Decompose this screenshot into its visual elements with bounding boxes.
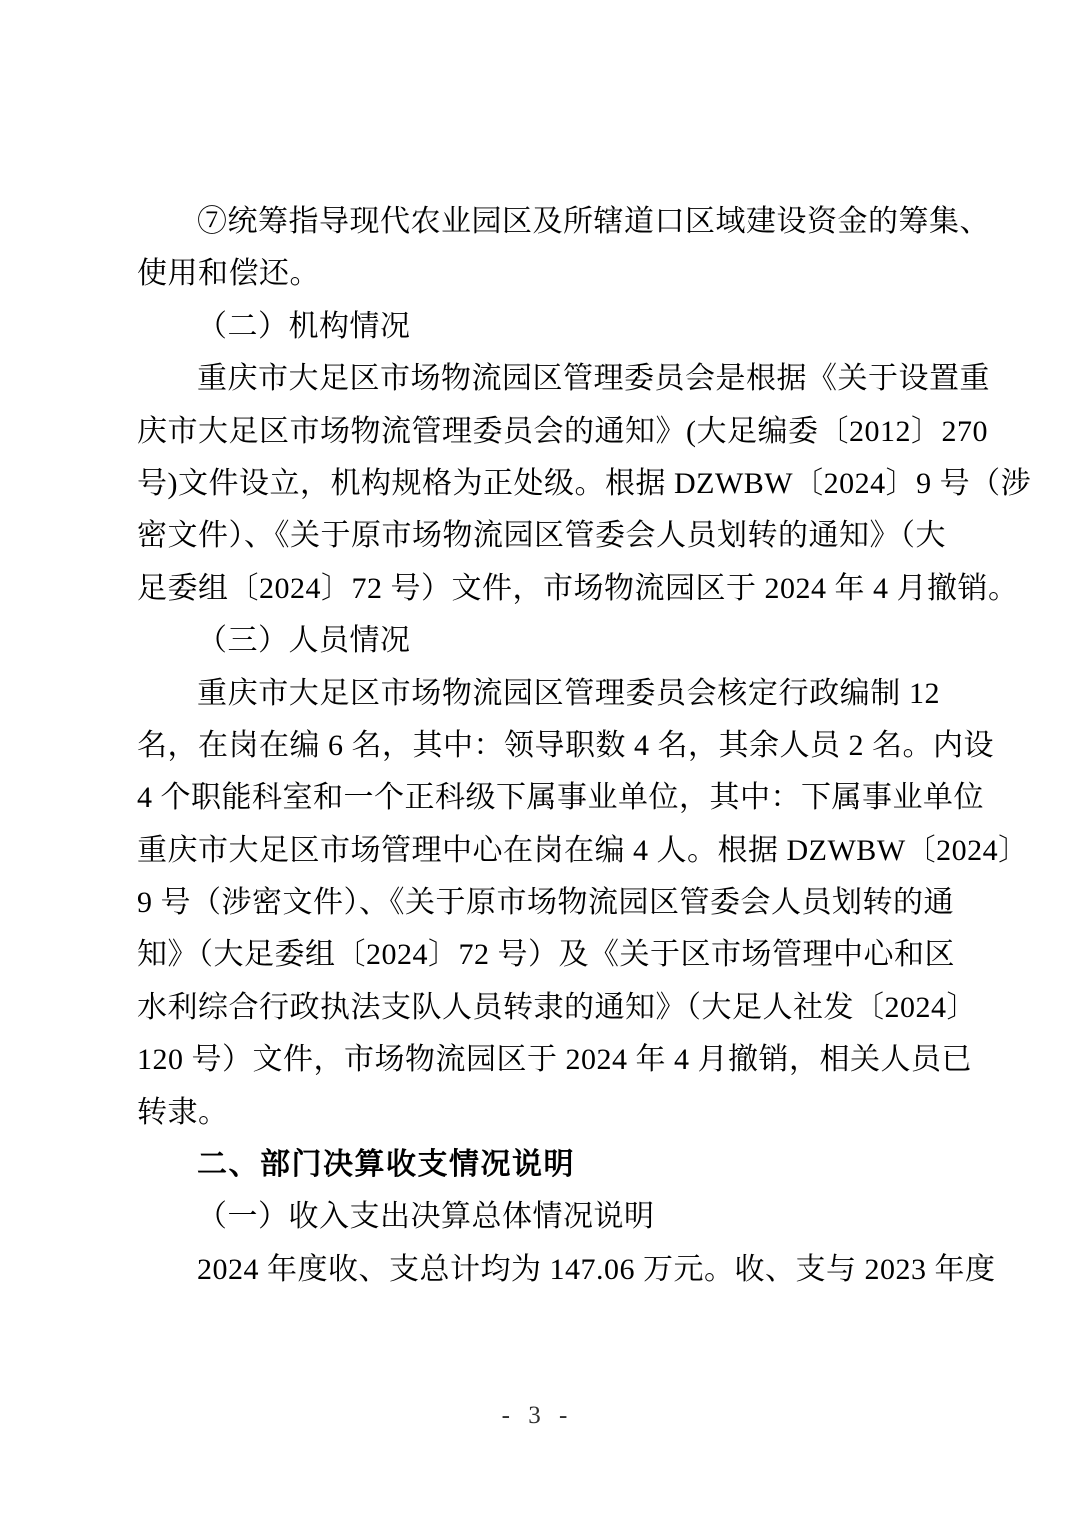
document-line: 水利综合行政执法支队人员转隶的通知》（大足人社发〔2024〕: [137, 982, 940, 1034]
document-line: 足委组〔2024〕72 号）文件，市场物流园区于 2024 年 4 月撤销。: [137, 563, 940, 615]
document-line: ⑦统筹指导现代农业园区及所辖道口区域建设资金的筹集、: [137, 196, 940, 248]
document-line: 庆市大足区市场物流管理委员会的通知》(大足编委〔2012〕270: [137, 406, 940, 458]
document-body: ⑦统筹指导现代农业园区及所辖道口区域建设资金的筹集、 使用和偿还。 （二）机构情…: [137, 196, 940, 1296]
document-line: 知》（大足委组〔2024〕72 号）及《关于区市场管理中心和区: [137, 929, 940, 981]
document-line: 4 个职能科室和一个正科级下属事业单位，其中：下属事业单位: [137, 772, 940, 824]
section-heading-org: （二）机构情况: [137, 301, 940, 353]
document-line: 使用和偿还。: [137, 248, 940, 300]
chapter-heading-budget: 二、部门决算收支情况说明: [137, 1139, 940, 1191]
document-line: 号)文件设立，机构规格为正处级。根据 DZWBW〔2024〕9 号（涉: [137, 458, 940, 510]
document-line: 重庆市大足区市场物流园区管理委员会核定行政编制 12: [137, 668, 940, 720]
document-line: 名，在岗在编 6 名，其中：领导职数 4 名，其余人员 2 名。内设: [137, 720, 940, 772]
section-heading-overview: （一）收入支出决算总体情况说明: [137, 1191, 940, 1243]
document-line: 重庆市大足区市场管理中心在岗在编 4 人。根据 DZWBW〔2024〕: [137, 825, 940, 877]
document-page: ⑦统筹指导现代农业园区及所辖道口区域建设资金的筹集、 使用和偿还。 （二）机构情…: [0, 0, 1075, 1520]
section-heading-personnel: （三）人员情况: [137, 615, 940, 667]
document-line: 120 号）文件，市场物流园区于 2024 年 4 月撤销，相关人员已: [137, 1034, 940, 1086]
document-line: 重庆市大足区市场物流园区管理委员会是根据《关于设置重: [137, 353, 940, 405]
document-line: 2024 年度收、支总计均为 147.06 万元。收、支与 2023 年度: [137, 1244, 940, 1296]
document-line: 转隶。: [137, 1087, 940, 1139]
document-line: 9 号（涉密文件）、《关于原市场物流园区管委会人员划转的通: [137, 877, 940, 929]
document-line: 密文件）、《关于原市场物流园区管委会人员划转的通知》（大: [137, 510, 940, 562]
page-number: - 3 -: [0, 1402, 1075, 1430]
